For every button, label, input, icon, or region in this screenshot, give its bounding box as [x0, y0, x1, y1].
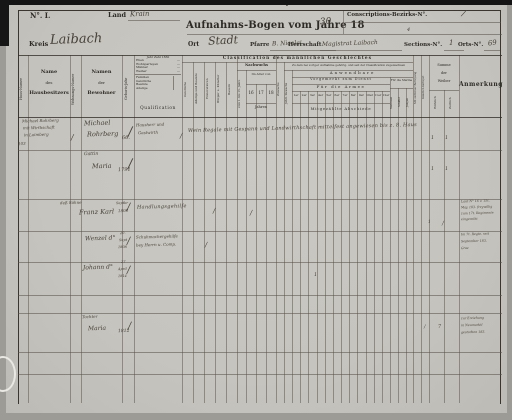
handwriting-entry: 20.: [120, 232, 126, 236]
page-title: Aufnahms-Bogen vom Jahre 18: [186, 20, 365, 31]
handwriting-entry: 27: [121, 261, 126, 265]
exemption-column-header: Mit zeitlicher Befreyung: [415, 60, 418, 115]
handwriting-entry: /: [128, 322, 132, 332]
house-number-column-header: Haus-Numer: [20, 64, 23, 114]
grid-vline: [237, 55, 238, 403]
handwriting-entry: Michael: [84, 120, 111, 127]
form-number: N°. I.: [30, 12, 50, 19]
armee-class-header: 10er: [366, 94, 374, 97]
handwriting-entry: Wenzel d°: [85, 236, 116, 243]
marine-column-header: Matrosen: [391, 90, 394, 115]
armee-class-header: 6er: [333, 94, 341, 97]
grid-hline: [18, 231, 502, 232]
mainbox-side-label: Jährl. Zuwachs: [285, 72, 288, 115]
grid-hline: [18, 374, 502, 375]
nachwuchs-unit-label: Jahren: [246, 106, 276, 110]
orts-label: Orts-N°.: [458, 43, 483, 49]
grid-hline: [320, 50, 402, 51]
grid-vline: [28, 55, 29, 403]
handwriting-entry: 1: [445, 167, 448, 172]
handwriting-entry: Gastwirth: [138, 131, 158, 136]
nachwuchs-year-header: 18: [266, 91, 276, 95]
grid-hline: [18, 199, 502, 200]
handwriting-entry: 1: [431, 167, 434, 172]
bestand-sub-row: Adelige: [135, 87, 181, 90]
grid-vline: [292, 70, 293, 403]
inhabitants-column-header: Namen der Bewohner: [81, 70, 122, 97]
handwriting-entry: Maria: [88, 326, 106, 332]
class-column-header: Honoratioren: [206, 64, 209, 114]
handwriting-entry: Hausherr und: [136, 123, 164, 128]
grid-hline: [246, 84, 276, 85]
inhabitants-header-line3: Bewohner: [81, 91, 122, 96]
handwriting-entry: /: [127, 266, 131, 276]
owner-header-line2: des: [28, 81, 70, 85]
grid-vline: [81, 55, 82, 403]
grid-hline: [292, 84, 390, 85]
grid-vline: [349, 91, 350, 403]
kreis-label: Kreis: [29, 41, 48, 48]
grid-hline: [484, 50, 500, 51]
class-column-header: Bürger u. Künstler: [217, 64, 220, 114]
handwriting-entry: /: [180, 133, 183, 140]
stray-mark: 4: [407, 28, 410, 33]
armee-class-header: 8er: [349, 94, 357, 97]
grid-hline: [128, 20, 180, 21]
scan-edge-left: [0, 0, 9, 46]
handwriting-entry: /: [213, 208, 216, 215]
handwriting-entry: 1: [445, 136, 448, 141]
grid-vline: [341, 91, 342, 403]
grid-vline: [413, 55, 414, 403]
grid-vline: [421, 55, 422, 403]
handwriting-entry: mit Wirthschaft: [23, 126, 55, 131]
handwriting-entry: /: [128, 126, 133, 139]
armee-class-header: 1er: [292, 94, 300, 97]
grid-vline: [246, 70, 247, 403]
handwriting-entry: April: [118, 268, 127, 272]
handwriting-entry: Franz Karl: [79, 209, 114, 216]
anmerkung-column-header: Anmerkung: [459, 82, 502, 88]
handwriting-entry: /: [442, 221, 444, 227]
grid-hline: [18, 295, 502, 296]
weiber-box-title-line: der: [429, 72, 459, 76]
weiber-subcolumn-header: Zeitlich: [449, 92, 452, 114]
handwriting-entry: eingereiht: [461, 218, 478, 222]
herrschaft-label: Herrschaft: [288, 43, 321, 49]
weiber-subcolumn-header: Wirklich: [434, 92, 437, 114]
weiber-box-title-line: Weiber: [429, 80, 459, 84]
handwriting-entry: /: [424, 325, 426, 330]
grid-hline: [18, 55, 502, 56]
handwriting-entry: 103: [18, 142, 26, 146]
exemption-column-header: Gänzlich befreyet: [423, 60, 426, 115]
handwriting-entry: /: [250, 210, 253, 217]
grid-vline: [398, 88, 399, 403]
nachwuchs-year-header: 17: [256, 91, 266, 95]
grid-hline: [345, 22, 501, 23]
handwriting-entry: Johann d°: [83, 265, 113, 272]
handwriting-entry: /: [71, 134, 74, 142]
handwriting-entry: Gattin: [84, 153, 98, 158]
armee-class-header: 12er: [382, 94, 390, 97]
owner-header-line1: Name: [28, 70, 70, 75]
marine-label: Für die Marine: [390, 79, 413, 82]
grid-vline: [366, 91, 367, 403]
handwriting-entry: 1808: [118, 246, 127, 250]
grid-vline: [374, 91, 375, 403]
owner-header-line3: Hausbesitzers: [28, 91, 70, 96]
qualification-label: Qualification: [134, 107, 182, 112]
armee-class-header: 7er: [341, 94, 349, 97]
grid-vline: [276, 55, 277, 403]
birth-year-column-header: Geburts-Jahr: [125, 64, 128, 114]
handwriting-entry: 1814: [118, 275, 127, 279]
grid-hline: [444, 50, 464, 51]
handwriting-entry: 1: [431, 136, 434, 141]
grid-vline: [406, 88, 407, 403]
grid-vline: [122, 55, 123, 403]
title-year-handwritten: 30: [320, 18, 332, 28]
armee-class-header: 4er: [317, 94, 325, 97]
inhabitants-header-line1: Namen: [81, 70, 122, 75]
grid-hline: [18, 150, 502, 151]
weiber-box-title-line: Summe: [429, 64, 459, 68]
grid-vline: [357, 91, 358, 403]
land-value-handwritten: Krain: [130, 11, 150, 19]
armee-label: Für die Armee: [292, 85, 390, 89]
grid-hline: [292, 103, 390, 104]
handwriting-entry: 1: [428, 221, 431, 226]
handwriting-entry: /: [128, 158, 133, 171]
grid-vline: [429, 55, 430, 403]
armee-class-header: 5er: [325, 94, 333, 97]
inhabitants-header-line2: der: [81, 81, 122, 85]
handwriting-entry: /: [205, 242, 208, 249]
bestand-sub-rows: Familien Geistliche Beamte Adelige: [135, 74, 181, 90]
class-column-header: Adelige und Beamte: [195, 64, 198, 114]
grid-hline: [292, 91, 390, 92]
handwriting-entry: in Laimberg: [24, 133, 49, 138]
header-divider: [343, 11, 344, 34]
class-column-header: Geistliche: [184, 64, 187, 114]
marine-column-header: Jungen: [407, 90, 410, 115]
grid-vline: [317, 91, 318, 403]
grid-hline: [237, 70, 276, 71]
grid-hline: [18, 262, 502, 263]
bestand-rows: Ehen—Wohnparteyen—Männer—Weiber—: [135, 59, 181, 73]
handwriting-entry: 1: [314, 273, 317, 278]
grid-vline: [459, 55, 460, 403]
grid-hline: [187, 34, 502, 35]
grid-vline: [382, 91, 383, 403]
dwelling-number-column-header: Wohnungs-Numer: [72, 64, 75, 114]
handwriting-entry: gestorben 183.: [461, 331, 485, 335]
mainbox-anwendbare: Anwendbare: [292, 71, 413, 75]
grid-hline: [429, 90, 459, 91]
armee-class-header: 2er: [300, 94, 308, 97]
orts-value-handwritten: 69: [488, 39, 498, 47]
grid-vline: [333, 91, 334, 403]
handwriting-entry: Sept: [119, 239, 127, 243]
grid-vline: [134, 55, 135, 403]
handwriting-entry: Graz: [461, 247, 469, 250]
handwriting-entry: 7: [438, 325, 441, 330]
grid-vline: [182, 55, 183, 403]
grid-vline: [300, 91, 301, 403]
grid-hline: [390, 88, 413, 89]
ort-value-handwritten: Stadt: [208, 34, 239, 47]
handwriting-entry: deß Söhne: [60, 201, 82, 206]
grid-hline: [292, 77, 413, 78]
nachwuchs-side-label: vom 1. bis 15. Jahre: [238, 72, 241, 115]
owner-column-header: Name des Hausbesitzers: [28, 70, 70, 97]
handwriting-entry: zur Erziehung: [461, 317, 484, 321]
grid-vline: [70, 55, 71, 403]
handwriting-entry: in Neumarktl: [461, 324, 483, 328]
grid-hline: [246, 103, 276, 104]
grid-vline: [308, 91, 309, 403]
handwriting-entry: Rohrberg: [87, 131, 119, 138]
nachwuchs-year-header: 16: [246, 91, 256, 95]
grid-hline: [182, 62, 413, 63]
armee-class-header: 9er: [357, 94, 365, 97]
classification-title: Classification des männlichen Geschlecht…: [182, 56, 413, 60]
handwriting-entry: Tochter: [82, 315, 98, 319]
scanned-census-form: N°. I. Land Krain Aufnahms-Bogen vom Jah…: [0, 0, 512, 420]
nachwuchs-mid-label: Im Alter von: [246, 73, 276, 76]
kreis-value-handwritten: Laibach: [50, 32, 103, 47]
handwriting-entry: /: [127, 203, 131, 213]
scan-edge-top: [0, 0, 512, 5]
grid-hline: [18, 352, 502, 353]
sections-value-handwritten: 1: [449, 40, 453, 47]
armee-class-header: 3er: [308, 94, 316, 97]
marine-column-header: Schiffer: [399, 90, 402, 115]
pfarre-label: Pfarre: [250, 43, 269, 49]
sections-label: Sections-N°.: [404, 43, 442, 49]
grid-hline: [18, 117, 502, 118]
armee-class-header: 11er: [374, 94, 382, 97]
mainbox-vorgemerkt: Vorgemerkt zum Dienst: [292, 78, 390, 82]
mainbox-line1: Zu dem bei voriger Aufnahme gehörig- und…: [284, 64, 413, 67]
handwriting-entry: September 183.: [461, 240, 487, 244]
ort-label: Ort: [188, 42, 199, 48]
handwriting-entry: /: [127, 237, 131, 247]
bestand-row: Weiber—: [135, 70, 181, 73]
nachwuchs-title: Nachwuchs: [237, 64, 276, 68]
land-label: Land: [108, 12, 126, 19]
conscription-district-label: Conscriptions-Bezirks-N°.: [347, 13, 427, 19]
grid-hline: [284, 70, 413, 71]
grid-vline: [325, 91, 326, 403]
class-column-header: Bauern: [228, 64, 231, 114]
handwriting-entry: Maria: [92, 163, 112, 170]
